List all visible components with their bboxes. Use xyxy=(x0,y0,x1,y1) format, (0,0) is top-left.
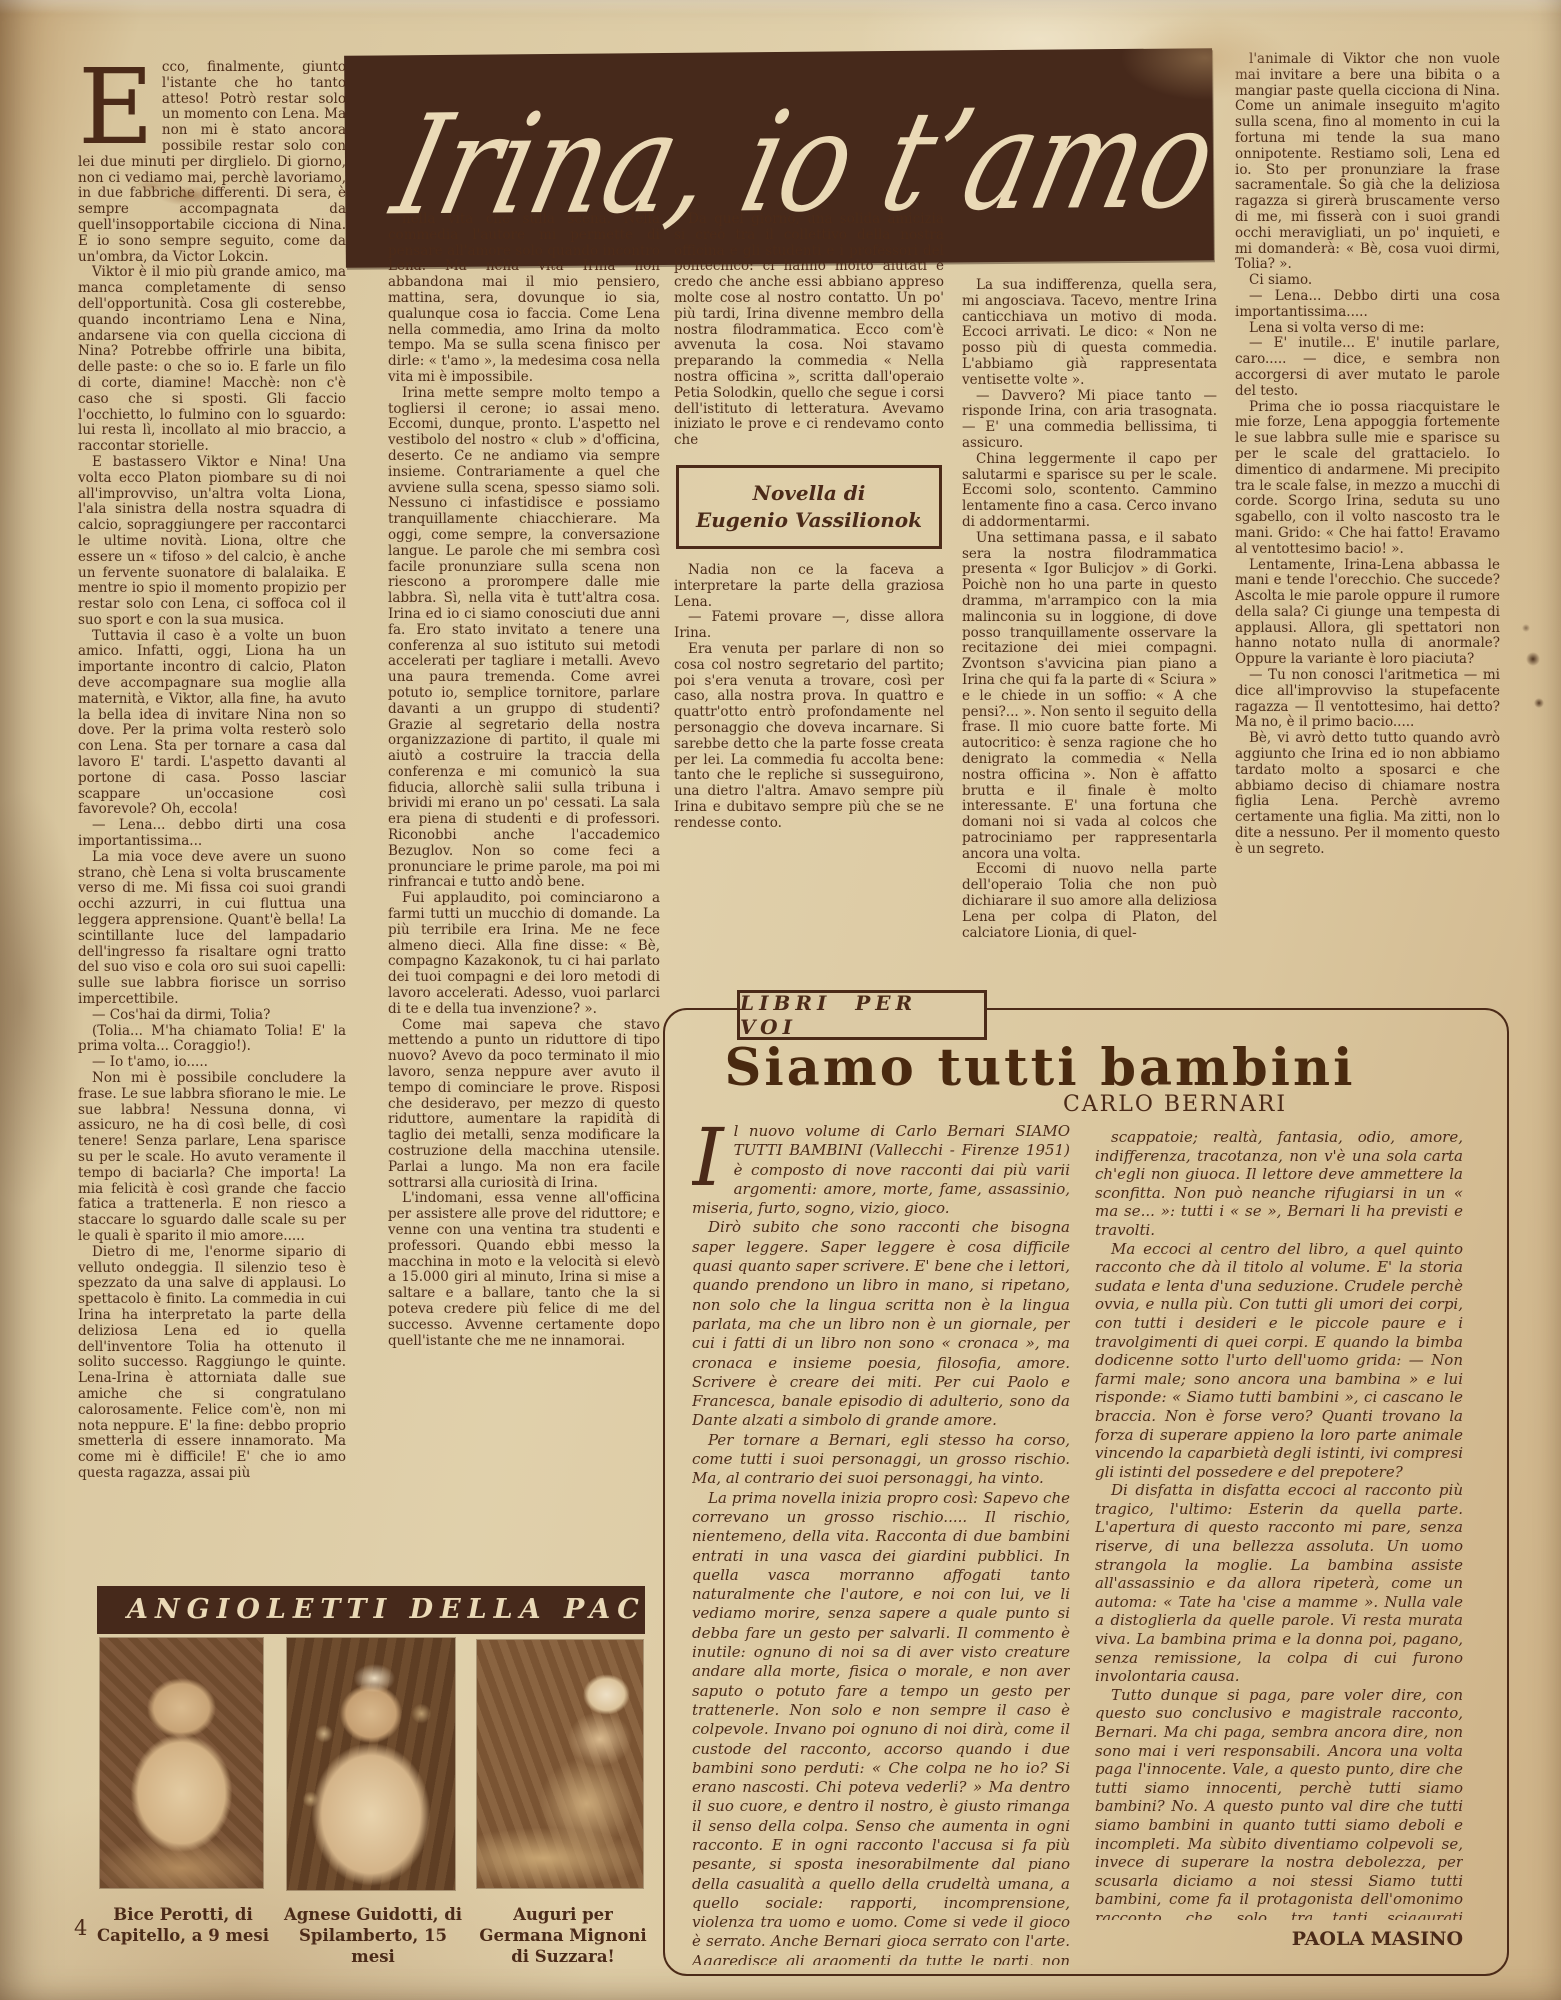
paragraph: Viktor è il mio più grande amico, ma man… xyxy=(78,265,346,455)
review-column-left: Il nuovo volume di Carlo Bernari SIAMO T… xyxy=(692,1122,1070,1965)
paragraph: nella vita che sulla scena. Nella commed… xyxy=(388,212,660,386)
paragraph: — Io t'amo, io..... xyxy=(78,1055,346,1071)
story-column-2-paragraphs: nella vita che sulla scena. Nella commed… xyxy=(388,212,660,1349)
paragraph: Nadia non ce la faceva a interpretare la… xyxy=(674,563,944,610)
story-column-5-paragraphs: l'animale di Viktor che non vuole mai in… xyxy=(1235,52,1500,858)
paragraph: l'animale di Viktor che non vuole mai in… xyxy=(1235,52,1500,273)
baby-photo-2 xyxy=(287,1638,455,1890)
novella-credit-line2: Eugenio Vassilionok xyxy=(683,507,935,534)
novella-credit-box: Novella di Eugenio Vassilionok xyxy=(676,465,942,549)
paragraph: Irina mette sempre molto tempo a toglier… xyxy=(388,386,660,892)
story-opening-paragraph: Ecco, finalmente, giunto l'istante che h… xyxy=(78,60,346,265)
paragraph: Bè, vi avrò detto tutto quando avrò aggi… xyxy=(1235,731,1500,857)
paragraph: Era venuta per parlare di non so cosa co… xyxy=(674,642,944,832)
drop-cap-i: I xyxy=(692,1122,734,1188)
paragraph: Lentamente, Irina-Lena abbassa le mani e… xyxy=(1235,558,1500,669)
paragraph: China leggermente il capo per salutarmi … xyxy=(962,452,1217,531)
story-column-5: l'animale di Viktor che non vuole mai in… xyxy=(1235,52,1500,1010)
paragraph: — Tu non conosci l'aritmetica — mi dice … xyxy=(1235,668,1500,731)
story-column-4-paragraphs: La sua indifferenza, quella sera, mi ang… xyxy=(962,278,1217,941)
baby-photo-1 xyxy=(100,1638,263,1888)
paragraph: La prima novella inizia propro così: Sap… xyxy=(692,1489,1070,1965)
paragraph: (Tolia... M'ha chiamato Tolia! E' la pri… xyxy=(78,1024,346,1056)
paragraph: E bastassero Viktor e Nina! Una volta ec… xyxy=(78,455,346,629)
page-number: 4 xyxy=(74,1916,87,1940)
paragraph: Prima che io possa riacquistare le mie f… xyxy=(1235,400,1500,558)
drop-cap-e: E xyxy=(78,60,162,150)
review-right-paragraphs: scappatoie; realtà, fantasia, odio, amor… xyxy=(1095,1128,1463,1920)
paragraph: Tuttavia il caso è a volte un buon amico… xyxy=(78,629,346,819)
baby-photo-1-caption: Bice Perotti, di Capitello, a 9 mesi xyxy=(92,1904,274,1946)
review-opening-paragraph: Il nuovo volume di Carlo Bernari SIAMO T… xyxy=(692,1122,1070,1218)
paragraph: Dirò subito che sono racconti che bisogn… xyxy=(692,1218,1070,1430)
story-column-1-paragraphs: Viktor è il mio più grande amico, ma man… xyxy=(78,265,346,1481)
paragraph: Dietro di me, l'enorme sipario di vellut… xyxy=(78,1245,346,1482)
baby-photo-3-caption: Auguri per Germana Mignoni di Suzzara! xyxy=(470,1904,656,1967)
paragraph: Ci siamo. xyxy=(1235,273,1500,289)
babies-banner: ANGIOLETTI DELLA PACE xyxy=(97,1586,645,1634)
paragraph: Da quel giorno, una solida amicizia si c… xyxy=(674,212,944,449)
paragraph: La sua indifferenza, quella sera, mi ang… xyxy=(962,278,1217,389)
paragraph: Una settimana passa, e il sabato sera la… xyxy=(962,531,1217,863)
paragraph: scappatoie; realtà, fantasia, odio, amor… xyxy=(1095,1128,1463,1240)
review-kicker-box: LIBRI PER VOI xyxy=(737,990,987,1040)
paragraph: — Lena... Debbo dirti una cosa important… xyxy=(1235,289,1500,321)
story-column-2: nella vita che sulla scena. Nella commed… xyxy=(388,212,660,1560)
paragraph: La mia voce deve avere un suono strano, … xyxy=(78,850,346,1008)
paragraph: Lena si volta verso di me: xyxy=(1235,321,1500,337)
paragraph: — E' inutile... E' inutile parlare, caro… xyxy=(1235,336,1500,399)
story-column-4: La sua indifferenza, quella sera, mi ang… xyxy=(962,278,1217,1008)
baby-photo-1-image xyxy=(100,1638,263,1888)
review-left-paragraphs: Dirò subito che sono racconti che bisogn… xyxy=(692,1218,1070,1965)
paragraph: Tutto dunque si paga, pare voler dire, c… xyxy=(1095,1686,1463,1920)
paragraph: — Cos'hai da dirmi, Tolia? xyxy=(78,1008,346,1024)
paragraph: Non mi è possibile concludere la frase. … xyxy=(78,1071,346,1245)
baby-photo-2-image xyxy=(287,1638,455,1890)
baby-photo-2-caption: Agnese Guidotti, di Spilamberto, 15 mesi xyxy=(280,1904,466,1967)
review-headline: Siamo tutti bambini xyxy=(700,1038,1380,1098)
paragraph: Eccomi di nuovo nella parte dell'operaio… xyxy=(962,862,1217,941)
review-column-right: scappatoie; realtà, fantasia, odio, amor… xyxy=(1095,1128,1463,1920)
magazine-page: Irina, io t’amo Ecco, finalmente, giunto… xyxy=(0,0,1561,2000)
baby-photo-3 xyxy=(477,1640,643,1888)
paragraph: Per tornare a Bernari, egli stesso ha co… xyxy=(692,1431,1070,1489)
paragraph: L'indomani, essa venne all'officina per … xyxy=(388,1191,660,1349)
paragraph: — Davvero? Mi piace tanto — risponde Iri… xyxy=(962,389,1217,452)
review-kicker: LIBRI PER VOI xyxy=(740,991,984,1039)
story-column-3-top: Da quel giorno, una solida amicizia si c… xyxy=(674,212,944,449)
review-byline: CARLO BERNARI xyxy=(965,1092,1385,1117)
baby-photo-3-image xyxy=(477,1640,643,1888)
paragraph: Di disfatta in disfatta eccoci al raccon… xyxy=(1095,1481,1463,1686)
paragraph: — Lena... debbo dirti una cosa important… xyxy=(78,818,346,850)
paragraph: Ma eccoci al centro del libro, a quel qu… xyxy=(1095,1240,1463,1482)
paragraph: Come mai sapeva che stavo mettendo a pun… xyxy=(388,1018,660,1192)
story-column-3: Da quel giorno, una solida amicizia si c… xyxy=(674,212,944,1008)
review-signature: PAOLA MASINO xyxy=(1095,1928,1463,1950)
novella-credit-line1: Novella di xyxy=(683,480,935,507)
paragraph: — Fatemi provare —, disse allora Irina. xyxy=(674,610,944,642)
story-column-3-bottom: Nadia non ce la faceva a interpretare la… xyxy=(674,563,944,832)
paragraph: Fui applaudito, poi cominciarono a farmi… xyxy=(388,891,660,1017)
story-column-1: Ecco, finalmente, giunto l'istante che h… xyxy=(78,60,346,1562)
